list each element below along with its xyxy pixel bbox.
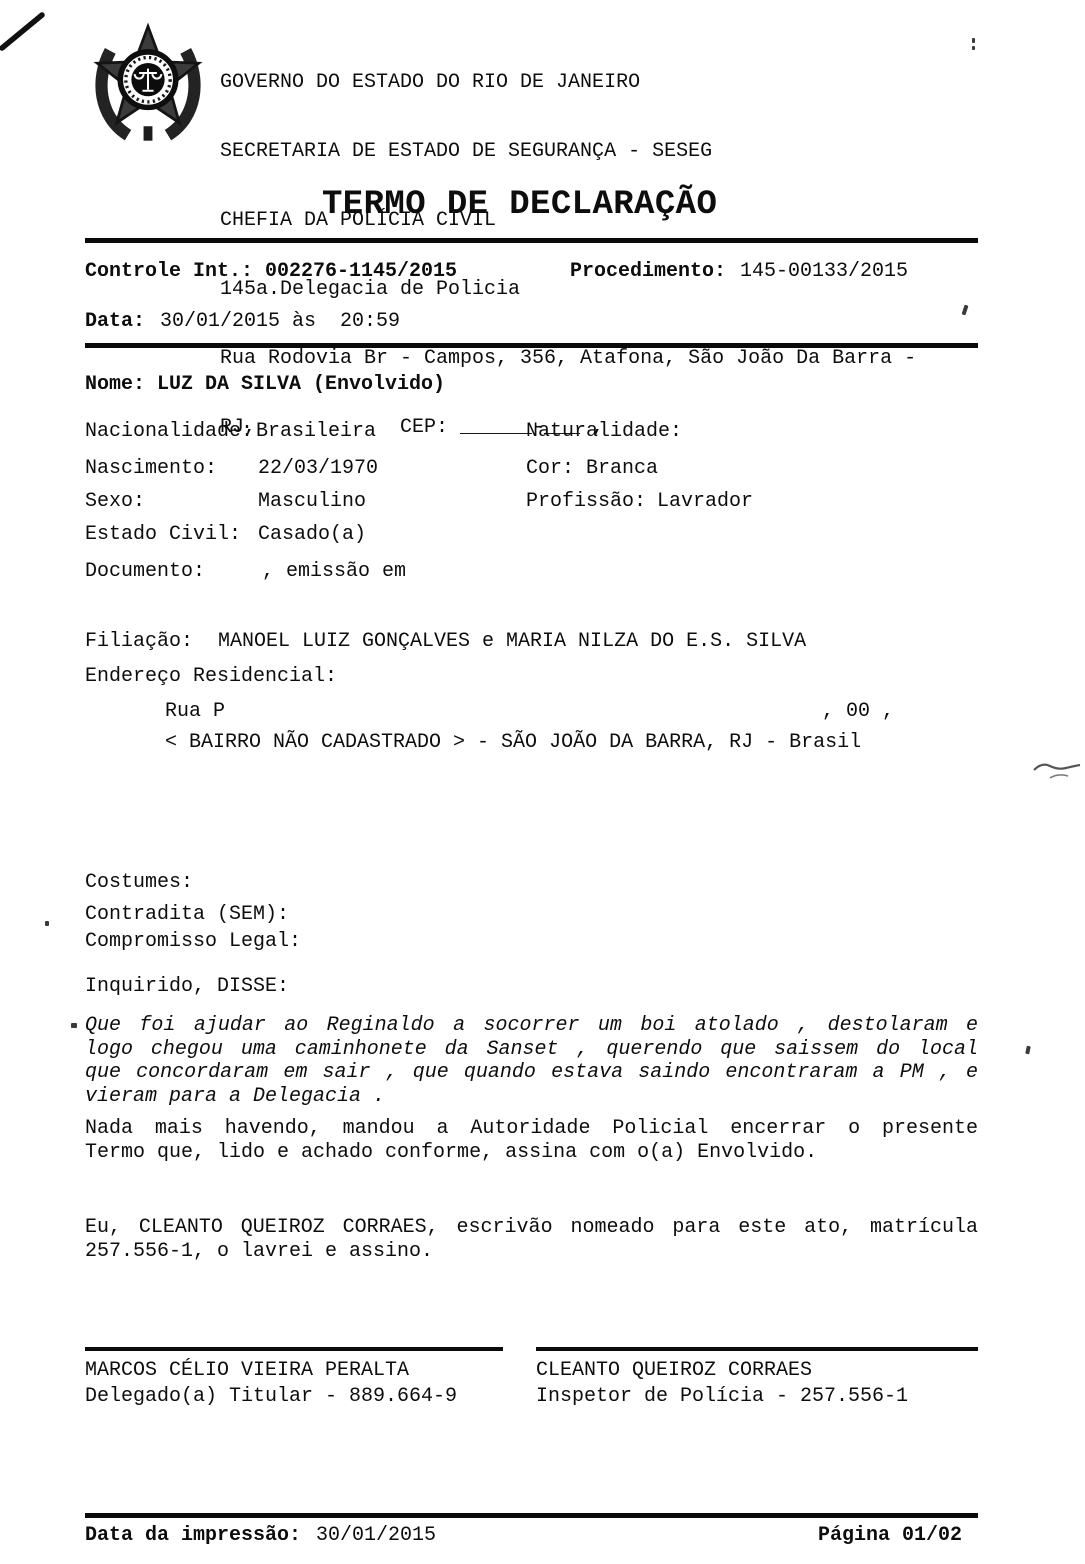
scan-artifact-stroke bbox=[0, 5, 60, 55]
field-value: Branca bbox=[586, 457, 658, 480]
endereco-label: Endereço Residencial: bbox=[85, 665, 337, 688]
footer-rule bbox=[85, 1513, 978, 1518]
org-line: SECRETARIA DE ESTADO DE SEGURANÇA - SESE… bbox=[220, 140, 916, 163]
controle-label: Controle Int.: bbox=[85, 260, 253, 283]
letterhead: GOVERNO DO ESTADO DO RIO DE JANEIRO SECR… bbox=[220, 25, 916, 485]
signature-line bbox=[536, 1347, 978, 1351]
declaration-line: vieram para a Delegacia . bbox=[85, 1085, 978, 1109]
field-label: Documento: bbox=[85, 560, 205, 583]
clerk-line: 257.556-1, o lavrei e assino. bbox=[85, 1240, 978, 1264]
page-number: Página 01/02 bbox=[818, 1524, 962, 1547]
org-line: Rua Rodovia Br - Campos, 356, Atafona, S… bbox=[220, 347, 916, 370]
endereco-street: Rua P bbox=[165, 700, 225, 723]
field-value: 22/03/1970 bbox=[258, 457, 378, 480]
divider-rule bbox=[85, 343, 978, 348]
closing-paragraph: Nada mais havendo, mandou a Autoridade P… bbox=[85, 1117, 978, 1164]
divider-rule bbox=[85, 238, 978, 243]
nome-label: Nome: bbox=[85, 373, 145, 396]
scan-speck bbox=[1025, 1046, 1031, 1055]
declaration-line: logo chegou uma caminhonete da Sanset , … bbox=[85, 1038, 978, 1062]
field-label: Nacionalidade: bbox=[85, 420, 253, 443]
closing-line: Termo que, lido e achado conforme, assin… bbox=[85, 1141, 978, 1165]
police-badge-icon bbox=[92, 22, 204, 144]
print-date-value: 30/01/2015 bbox=[316, 1524, 436, 1547]
closing-line: Nada mais havendo, mandou a Autoridade P… bbox=[85, 1117, 978, 1141]
field-value: Masculino bbox=[258, 490, 366, 513]
scan-speck bbox=[972, 38, 975, 43]
data-label: Data: bbox=[85, 310, 145, 333]
field-label: Profissão: bbox=[526, 490, 646, 513]
field-label: Cor: bbox=[526, 457, 574, 480]
field-label: Naturalidade: bbox=[526, 420, 682, 443]
field-value: Lavrador bbox=[657, 490, 753, 513]
procedimento-value: 145-00133/2015 bbox=[740, 260, 908, 283]
declaration-paragraph: Que foi ajudar ao Reginaldo a socorrer u… bbox=[85, 1014, 978, 1108]
compromisso-label: Compromisso Legal: bbox=[85, 930, 301, 953]
scan-speck bbox=[45, 921, 49, 926]
endereco-number: , 00 , bbox=[822, 700, 894, 723]
declaration-line: Que foi ajudar ao Reginaldo a socorrer u… bbox=[85, 1014, 978, 1038]
signature-line bbox=[85, 1347, 503, 1351]
field-label: Sexo: bbox=[85, 490, 145, 513]
inquirido-label: Inquirido, DISSE: bbox=[85, 975, 289, 998]
scan-artifact-squiggle bbox=[1032, 756, 1084, 788]
field-label: Nascimento: bbox=[85, 457, 217, 480]
procedimento-label: Procedimento: bbox=[570, 260, 726, 283]
signature-name: MARCOS CÉLIO VIEIRA PERALTA bbox=[85, 1359, 409, 1382]
filiacao-label: Filiação: bbox=[85, 630, 193, 653]
signature-name: CLEANTO QUEIROZ CORRAES bbox=[536, 1359, 812, 1382]
field-value: Brasileira bbox=[256, 420, 376, 443]
signature-role: Inspetor de Polícia - 257.556-1 bbox=[536, 1385, 908, 1408]
field-label: Estado Civil: bbox=[85, 523, 241, 546]
endereco-district: < BAIRRO NÃO CADASTRADO > - SÃO JOÃO DA … bbox=[165, 731, 861, 754]
scan-speck bbox=[962, 305, 969, 316]
contradita-label: Contradita (SEM): bbox=[85, 903, 289, 926]
scan-speck bbox=[972, 46, 975, 50]
signature-role: Delegado(a) Titular - 889.664-9 bbox=[85, 1385, 457, 1408]
field-value: , emissão em bbox=[262, 560, 406, 583]
org-line: GOVERNO DO ESTADO DO RIO DE JANEIRO bbox=[220, 71, 916, 94]
controle-value: 002276-1145/2015 bbox=[265, 260, 457, 283]
declaration-line: que concordaram em sair , que quando est… bbox=[85, 1061, 978, 1085]
scan-speck bbox=[71, 1023, 77, 1028]
nome-value: LUZ DA SILVA (Envolvido) bbox=[157, 373, 445, 396]
clerk-paragraph: Eu, CLEANTO QUEIROZ CORRAES, escrivão no… bbox=[85, 1216, 978, 1263]
document-title: TERMO DE DECLARAÇÃO bbox=[322, 187, 717, 223]
scanned-document-page: GOVERNO DO ESTADO DO RIO DE JANEIRO SECR… bbox=[0, 0, 1085, 1564]
costumes-label: Costumes: bbox=[85, 871, 193, 894]
print-date-label: Data da impressão: bbox=[85, 1524, 301, 1547]
clerk-line: Eu, CLEANTO QUEIROZ CORRAES, escrivão no… bbox=[85, 1216, 978, 1240]
field-value: Casado(a) bbox=[258, 523, 366, 546]
filiacao-value: MANOEL LUIZ GONÇALVES e MARIA NILZA DO E… bbox=[218, 630, 806, 653]
data-value: 30/01/2015 às 20:59 bbox=[160, 310, 400, 333]
